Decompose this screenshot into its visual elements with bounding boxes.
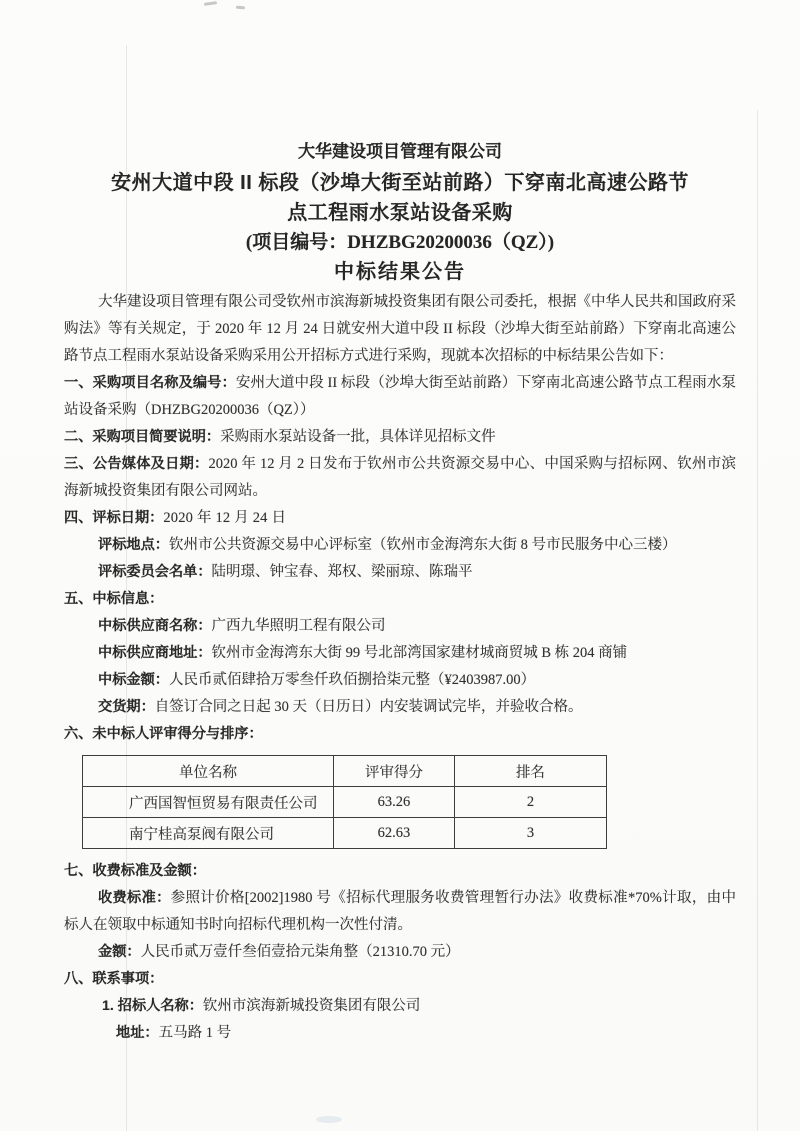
section-6-losing-bidders: 六、未中标人评审得分与排序： — [64, 721, 736, 748]
tenderer-address-label: 地址： — [116, 1025, 159, 1041]
table-row: 广西国智恒贸易有限责任公司 63.26 2 — [83, 787, 607, 818]
header-review-score: 评审得分 — [334, 756, 455, 787]
evaluation-committee-label: 评标委员会名单： — [98, 564, 212, 580]
tenderer-address: 地址：五马路 1 号 — [64, 1020, 736, 1047]
tenderer-name-value: 钦州市滨海新城投资集团有限公司 — [203, 998, 421, 1014]
winning-amount-value: 人民币贰佰肆拾万零叁仟玖佰捌拾柒元整（¥2403987.00） — [169, 672, 535, 688]
section-7-label: 七、收费标准及金额： — [64, 863, 206, 879]
delivery-period-label: 交货期： — [98, 699, 155, 715]
section-1-label: 一、采购项目名称及编号： — [64, 375, 236, 391]
winning-supplier-address-value: 钦州市金海湾东大街 99 号北部湾国家建材城商贸城 B 栋 204 商铺 — [212, 645, 628, 661]
winning-supplier-address-label: 中标供应商地址： — [98, 645, 212, 661]
bidder-name: 广西国智恒贸易有限责任公司 — [83, 787, 334, 818]
intro-paragraph: 大华建设项目管理有限公司受钦州市滨海新城投资集团有限公司委托，根据《中华人民共和… — [64, 289, 736, 370]
winning-supplier-name-label: 中标供应商名称： — [98, 618, 212, 634]
section-8-contact: 八、联系事项： — [64, 966, 736, 993]
section-4-evaluation-date: 四、评标日期：2020 年 12 月 24 日 — [64, 505, 736, 532]
section-3-label: 三、公告媒体及日期： — [64, 456, 208, 472]
section-1-project-name: 一、采购项目名称及编号：安州大道中段 II 标段（沙埠大街至站前路）下穿南北高速… — [64, 370, 736, 424]
fee-amount-label: 金额： — [98, 944, 141, 960]
tenderer-address-value: 五马路 1 号 — [159, 1025, 232, 1041]
delivery-period-value: 自签订合同之日起 30 天（日历日）内安装调试完毕，并验收合格。 — [155, 699, 583, 715]
header-rank: 排名 — [454, 756, 606, 787]
section-5-award-info: 五、中标信息： — [64, 586, 736, 613]
winning-amount-label: 中标金额： — [98, 672, 169, 688]
section-5-label: 五、中标信息： — [64, 591, 163, 607]
winning-supplier-name-value: 广西九华照明工程有限公司 — [212, 618, 386, 634]
project-title-line-2: 点工程雨水泵站设备采购 — [64, 199, 736, 228]
bidder-rank: 2 — [454, 787, 606, 818]
document-content: 大华建设项目管理有限公司 安州大道中段 II 标段（沙埠大街至站前路）下穿南北高… — [64, 0, 736, 1047]
bidder-name: 南宁桂高泵阀有限公司 — [83, 818, 334, 849]
section-4-label: 四、评标日期： — [64, 510, 163, 526]
section-3-announcement-media: 三、公告媒体及日期：2020 年 12 月 2 日发布于钦州市公共资源交易中心、… — [64, 451, 736, 505]
evaluation-place-value: 钦州市公共资源交易中心评标室（钦州市金海湾东大街 8 号市民服务中心三楼） — [169, 537, 677, 553]
score-table-header-row: 单位名称 评审得分 排名 — [83, 756, 607, 787]
evaluation-committee: 评标委员会名单：陆明璟、钟宝春、郑权、梁丽琼、陈瑞平 — [64, 559, 736, 586]
winning-supplier-address: 中标供应商地址：钦州市金海湾东大街 99 号北部湾国家建材城商贸城 B 栋 20… — [64, 640, 736, 667]
section-7-fees: 七、收费标准及金额： — [64, 858, 736, 885]
section-6-label: 六、未中标人评审得分与排序： — [64, 726, 263, 742]
tenderer-name-label: 1. 招标人名称： — [102, 998, 203, 1014]
scan-smudge — [316, 1116, 342, 1123]
bidder-rank: 3 — [454, 818, 606, 849]
project-title-line-1: 安州大道中段 II 标段（沙埠大街至站前路）下穿南北高速公路节 — [64, 168, 736, 199]
section-2-text: 采购雨水泵站设备一批，具体详见招标文件 — [220, 429, 496, 445]
bidder-score: 62.63 — [334, 818, 455, 849]
fee-amount: 金额：人民币贰万壹仟叁佰壹拾元柒角整（21310.70 元） — [64, 939, 736, 966]
table-row: 南宁桂高泵阀有限公司 62.63 3 — [83, 818, 607, 849]
header-unit-name: 单位名称 — [83, 756, 334, 787]
winning-amount: 中标金额：人民币贰佰肆拾万零叁仟玖佰捌拾柒元整（¥2403987.00） — [64, 667, 736, 694]
project-number: (项目编号：DHZBG20200036（QZ）) — [64, 228, 736, 257]
evaluation-committee-value: 陆明璟、钟宝春、郑权、梁丽琼、陈瑞平 — [212, 564, 473, 580]
fee-amount-value: 人民币贰万壹仟叁佰壹拾元柒角整（21310.70 元） — [141, 944, 460, 960]
section-8-label: 八、联系事项： — [64, 971, 163, 987]
delivery-period: 交货期：自签订合同之日起 30 天（日历日）内安装调试完毕，并验收合格。 — [64, 694, 736, 721]
scan-line-artifact — [757, 110, 758, 1131]
evaluation-date-value: 2020 年 12 月 24 日 — [163, 510, 286, 526]
scanned-document-page: 大华建设项目管理有限公司 安州大道中段 II 标段（沙埠大街至站前路）下穿南北高… — [0, 0, 800, 1131]
section-2-label: 二、采购项目简要说明： — [64, 429, 220, 445]
agency-title: 大华建设项目管理有限公司 — [64, 136, 736, 168]
bidder-score: 63.26 — [334, 787, 455, 818]
evaluation-place-label: 评标地点： — [98, 537, 169, 553]
fee-standard-label: 收费标准： — [98, 890, 171, 906]
score-table: 单位名称 评审得分 排名 广西国智恒贸易有限责任公司 63.26 2 南宁桂高泵… — [82, 755, 607, 849]
evaluation-place: 评标地点：钦州市公共资源交易中心评标室（钦州市金海湾东大街 8 号市民服务中心三… — [64, 532, 736, 559]
section-2-project-summary: 二、采购项目简要说明：采购雨水泵站设备一批，具体详见招标文件 — [64, 424, 736, 451]
announcement-title: 中标结果公告 — [64, 257, 736, 287]
tenderer-name: 1. 招标人名称：钦州市滨海新城投资集团有限公司 — [64, 993, 736, 1020]
fee-standard: 收费标准：参照计价格[2002]1980 号《招标代理服务收费管理暂行办法》收费… — [64, 885, 736, 939]
winning-supplier-name: 中标供应商名称：广西九华照明工程有限公司 — [64, 613, 736, 640]
